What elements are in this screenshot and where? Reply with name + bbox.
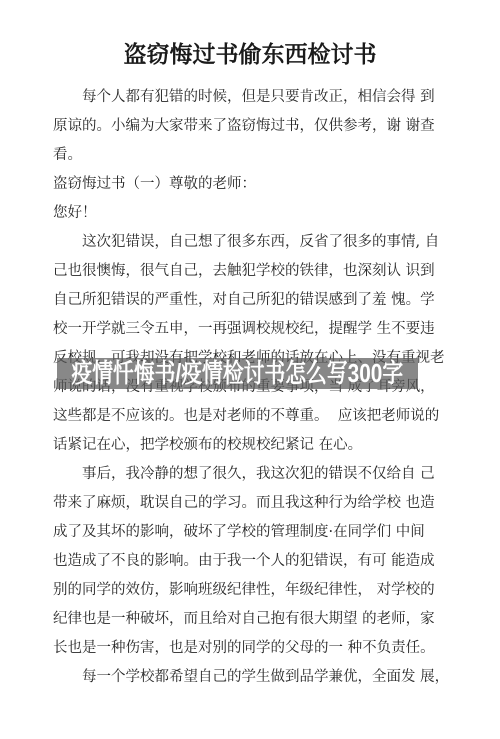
text-line: 话紧记在心，把学校颁布的校规校纪紧记 在心。 [53, 431, 460, 460]
text-line: 成了及其坏的影响，破坏了学校的管理制度·在同学们 中间 [53, 518, 460, 547]
text-line: 己也很懊悔，很气自己，去触犯学校的铁律，也深刻认 识到 [53, 257, 460, 286]
text-line: 纪律也是一种破坏，而且给对自己抱有很大期望 的老师，家 [53, 605, 460, 634]
text-line: 每一个学校都希望自己的学生做到品学兼优，全面发 展， [53, 663, 460, 692]
watermark-banner: 疫情忏悔书/疫情检讨书怎么写300字 [57, 358, 418, 389]
text-line: 原谅的。小编为大家带来了盗窃悔过书，仅供参考，谢 谢查 [53, 112, 460, 141]
document-title: 盗窃悔过书偷东西检讨书 [0, 0, 500, 70]
text-line: 这些都是不应该的。也是对老师的不尊重。 应该把老师说的 [53, 402, 460, 431]
text-line: 长也是一种伤害，也是对别的同学的父母的一 种不负责任。 [53, 634, 460, 663]
text-line: 校一开学就三令五申，一再强调校规校纪，提醒学 生不要违 [53, 315, 460, 344]
text-line: 带来了麻烦，耽误自己的学习。而且我这种行为给学校 也造 [53, 489, 460, 518]
text-line: 看。 [53, 141, 460, 170]
text-line: 别的同学的效仿，影响班级纪律性，年级纪律性， 对学校的 [53, 576, 460, 605]
text-line: 盗窃悔过书（一）尊敬的老师： [53, 170, 460, 199]
text-line: 这次犯错误，自己想了很多东西，反省了很多的事情, 自 [53, 228, 460, 257]
text-line: 也造成了不良的影响。由于我一个人的犯错误，有可 能造成 [53, 547, 460, 576]
document-page: 盗窃悔过书偷东西检讨书 每个人都有犯错的时候，但是只要肯改正，相信会得 到原谅的… [0, 0, 500, 739]
text-line: 每个人都有犯错的时候，但是只要肯改正，相信会得 到 [53, 83, 460, 112]
text-line: 您好！ [53, 199, 460, 228]
text-line: 自己所犯错误的严重性，对自己所犯的错误感到了羞 愧。学 [53, 286, 460, 315]
watermark-text: 疫情忏悔书/疫情检讨书怎么写300字 [72, 358, 404, 389]
text-line: 事后，我冷静的想了很久，我这次犯的错误不仅给自 己 [53, 460, 460, 489]
